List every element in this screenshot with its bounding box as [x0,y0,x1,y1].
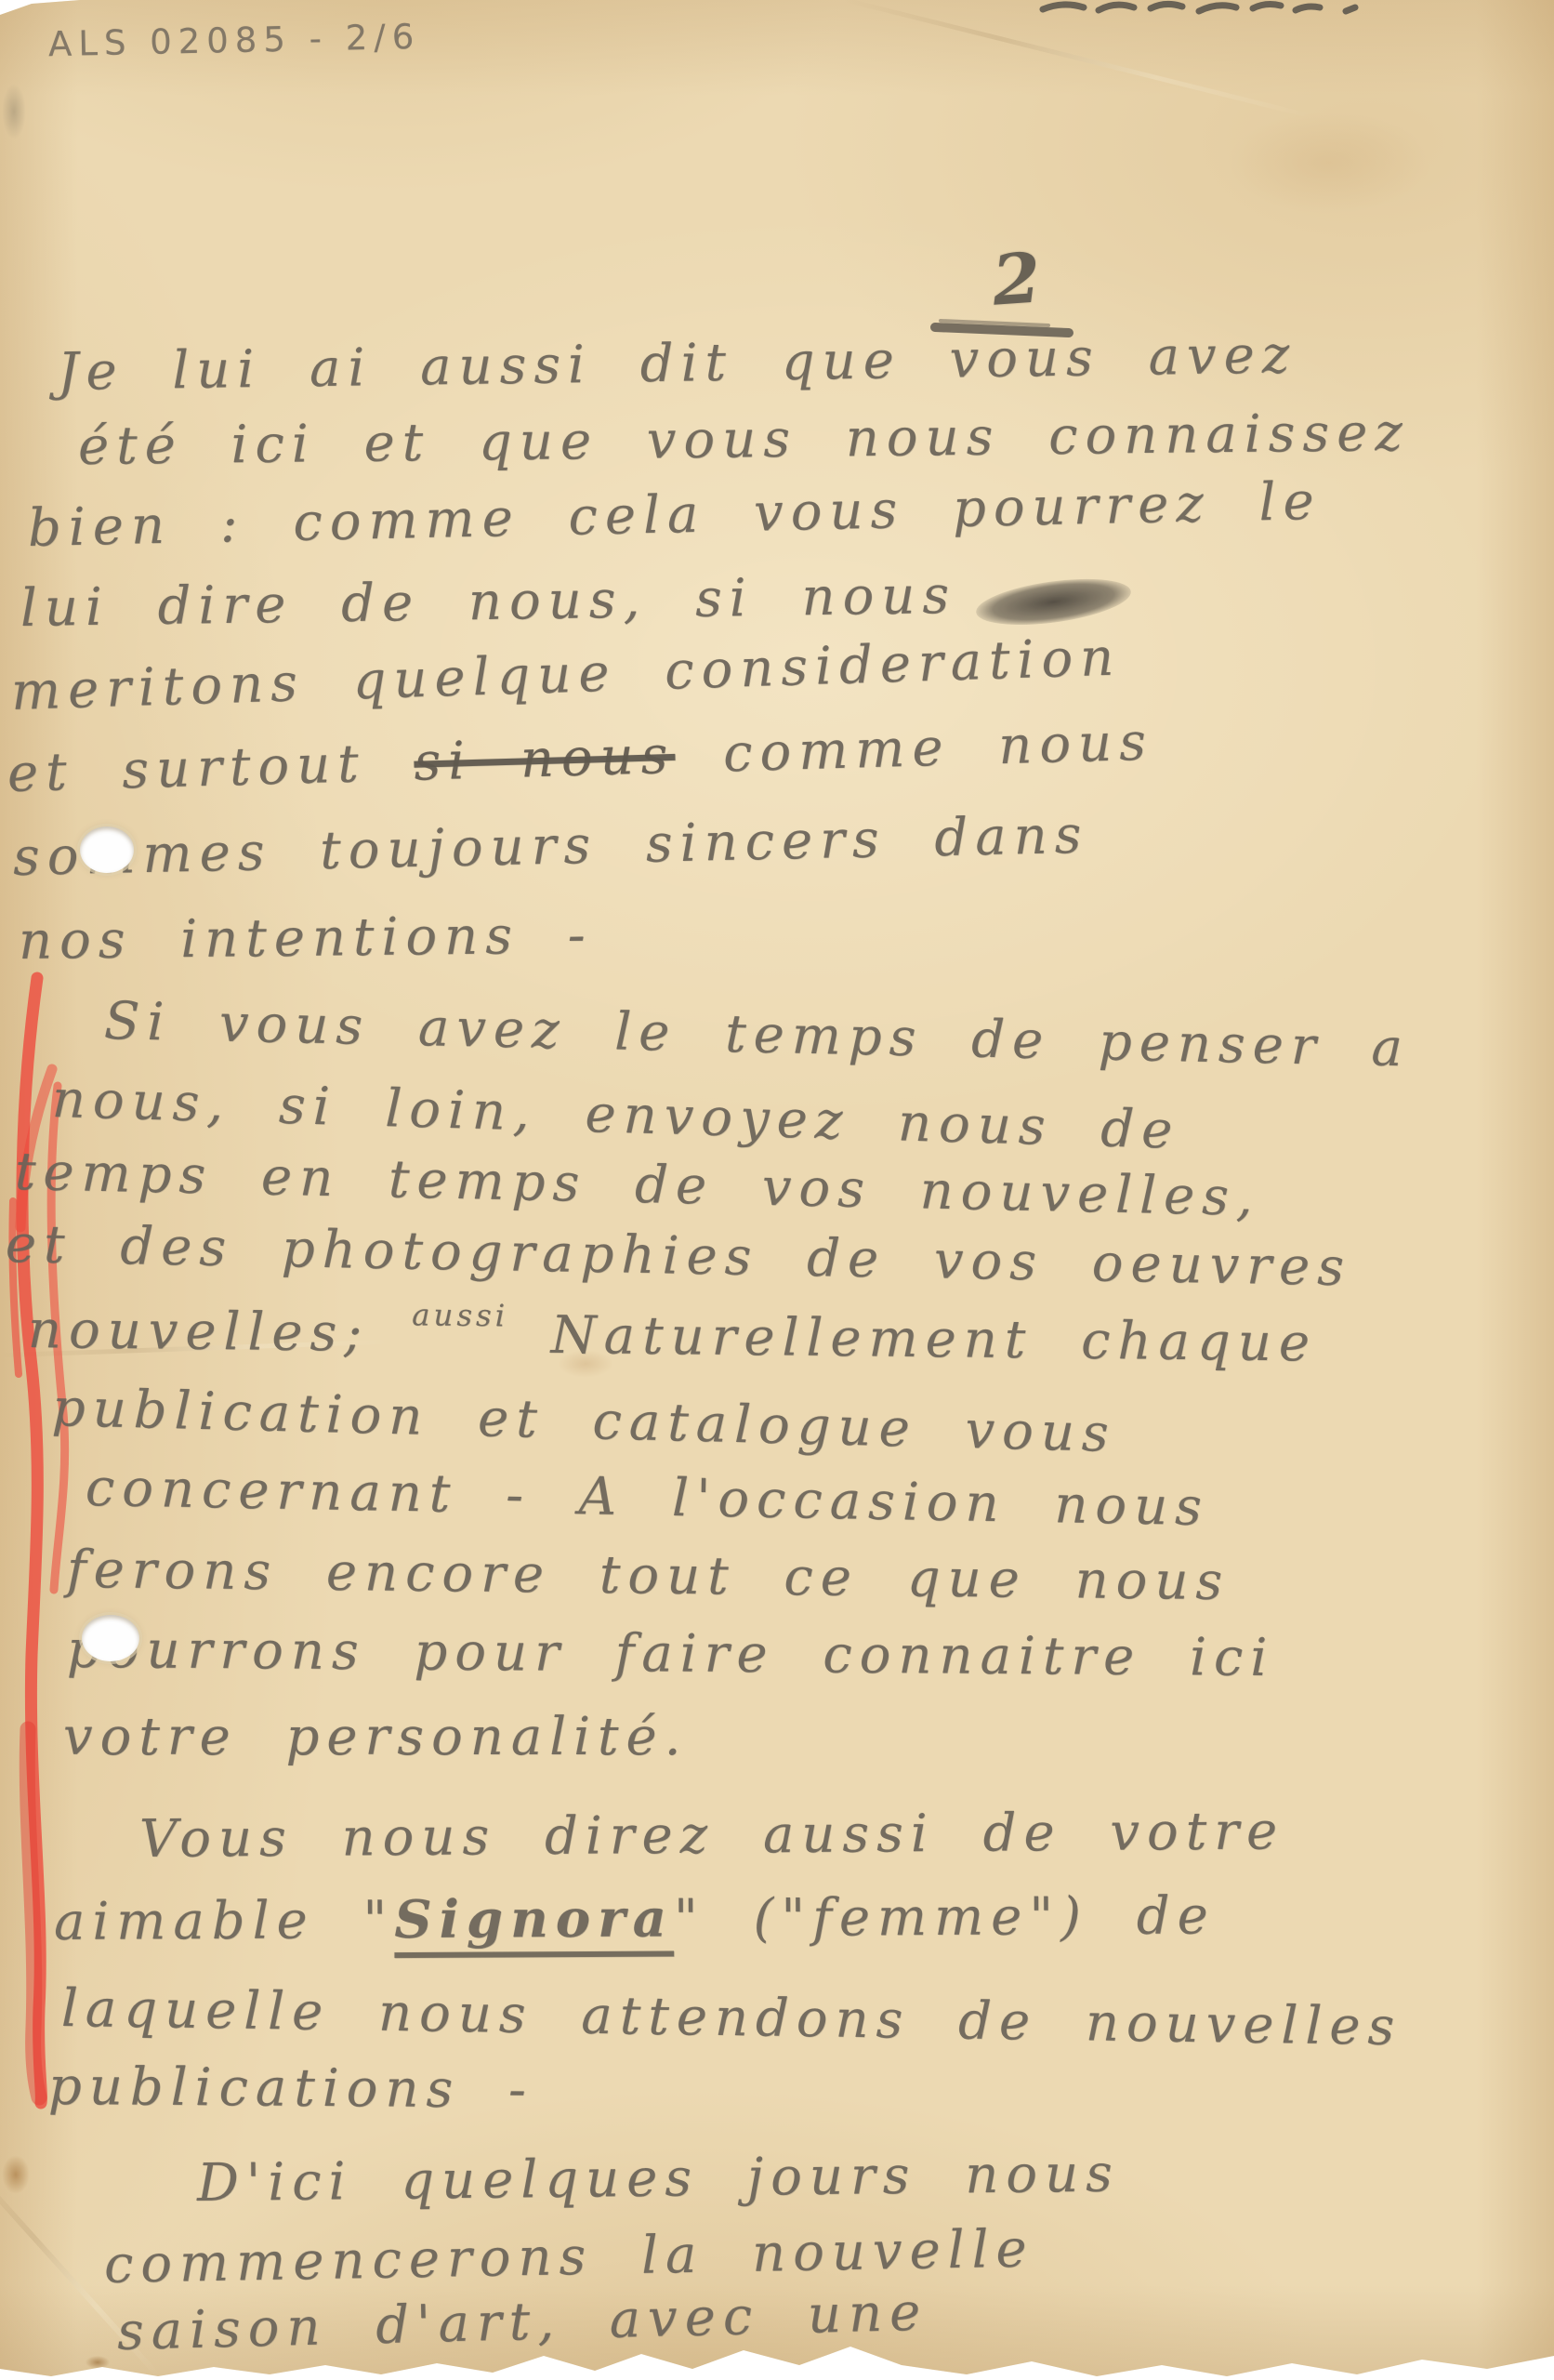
line-text: nouvelles; [28,1300,418,1364]
handwritten-line: publications - [48,2056,533,2121]
handwritten-line: nos intentions - [19,906,593,972]
handwritten-line: publication et catalogue vous [51,1378,1116,1464]
page-number: 2 [990,238,1043,321]
letter-scan: { "document": { "type": "scanned handwri… [0,0,1554,2380]
handwritten-line: votre personalité. [63,1707,689,1767]
handwritten-line: bien : comme cela vous pourrez le [27,471,1322,559]
line-text: lui dire de nous, si nous [20,565,957,639]
underlined-word: Signora [394,1888,674,1951]
handwritten-line: pourrons pour faire connaitre ici [67,1620,1275,1688]
handwritten-line: sommes toujours sincers dans [12,805,1089,888]
foxing-stain [86,2356,110,2369]
handwritten-line: nouvelles; aussi Naturellement chaque [28,1300,1318,1374]
punch-hole [80,826,134,873]
handwritten-line: et des photographies de vos oeuvres [5,1214,1351,1298]
handwritten-line: laquelle nous attendons de nouvelles [61,1978,1403,2057]
handwritten-line: Vous nous direz aussi de votre [139,1801,1285,1870]
inserted-word-above-line: aussi [412,1298,508,1334]
edge-smudge [2,84,26,139]
line-text: aimable " [54,1890,395,1952]
handwritten-line: D'ici quelques jours nous [197,2144,1121,2214]
line-text: et surtout [7,733,415,804]
line-text: Naturellement chaque [503,1304,1318,1373]
handwritten-line: concernant - A l'occasion nous [85,1458,1209,1538]
letter-page: ALS 02085 - 2/6 2 Je lui ai aussi dit qu… [0,0,1554,2380]
archive-code: ALS 02085 - 2/6 [48,17,421,64]
handwritten-line: lui dire de nous, si nous [20,562,1132,639]
handwritten-line: et surtout si nous comme nous [7,712,1154,804]
struck-through-words: si nous [414,725,677,793]
paper-discoloration [1227,112,1431,214]
handwritten-line: Je lui ai aussi dit que vous avez [58,324,1297,403]
line-text: comme nous [674,712,1153,786]
handwritten-line: Si vous avez le temps de penser a [103,991,1410,1078]
punch-hole [82,1615,139,1661]
foxing-stain [2,2155,30,2194]
paper-crease [843,0,1313,119]
cut-off-writing-fragment [1043,4,1355,11]
scratched-out-word [973,571,1133,632]
handwritten-line: ferons encore tout ce que nous [67,1540,1231,1612]
handwritten-line: meritons quelque consideration [10,627,1122,721]
handwritten-line: saison d'art, avec une [116,2282,928,2362]
line-text: " ("femme") de [674,1885,1216,1949]
handwritten-line: été ici et que vous nous connaissez [78,403,1410,477]
handwritten-line: aimable "Signora" ("femme") de [54,1884,1216,1952]
